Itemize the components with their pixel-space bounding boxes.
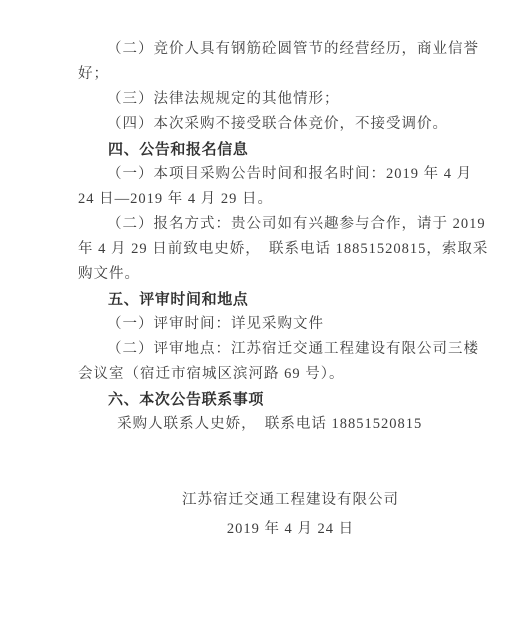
section-heading-contact: 六、本次公告联系事项 — [78, 387, 478, 412]
paragraph-line: （二）评审地点：江苏宿迁交通工程建设有限公司三楼 — [78, 337, 478, 362]
paragraph-line: 好； — [78, 62, 478, 87]
paragraph-line: 24 日—2019 年 4 月 29 日。 — [78, 187, 478, 212]
paragraph-line: （四）本次采购不接受联合体竞价，不接受调价。 — [78, 112, 478, 137]
paragraph-line: （三）法律法规规定的其他情形； — [78, 87, 478, 112]
signature-block: 江苏宿迁交通工程建设有限公司 2019 年 4 月 24 日 — [78, 486, 481, 544]
signature-company: 江苏宿迁交通工程建设有限公司 — [100, 486, 481, 515]
document-body: （二）竞价人具有钢筋砼圆管节的经营经历，商业信誉 好； （三）法律法规规定的其他… — [78, 37, 478, 437]
paragraph-line: 购文件。 — [78, 262, 478, 287]
signature-date: 2019 年 4 月 24 日 — [100, 515, 481, 544]
paragraph-line: （一）评审时间：详见采购文件 — [78, 312, 478, 337]
document-page: （二）竞价人具有钢筋砼圆管节的经营经历，商业信誉 好； （三）法律法规规定的其他… — [0, 0, 521, 633]
paragraph-line: （二）竞价人具有钢筋砼圆管节的经营经历，商业信誉 — [78, 37, 478, 62]
paragraph-line: 会议室（宿迁市宿城区滨河路 69 号）。 — [78, 362, 478, 387]
paragraph-line: （二）报名方式：贵公司如有兴趣参与合作，请于 2019 — [78, 212, 478, 237]
paragraph-line: 年 4 月 29 日前致电史娇， 联系电话 18851520815，索取采 — [78, 237, 478, 262]
section-heading-review: 五、评审时间和地点 — [78, 287, 478, 312]
contact-line: 采购人联系人史娇， 联系电话 18851520815 — [78, 412, 478, 437]
section-heading-announcement: 四、公告和报名信息 — [78, 137, 478, 162]
paragraph-line: （一）本项目采购公告时间和报名时间：2019 年 4 月 — [78, 162, 478, 187]
